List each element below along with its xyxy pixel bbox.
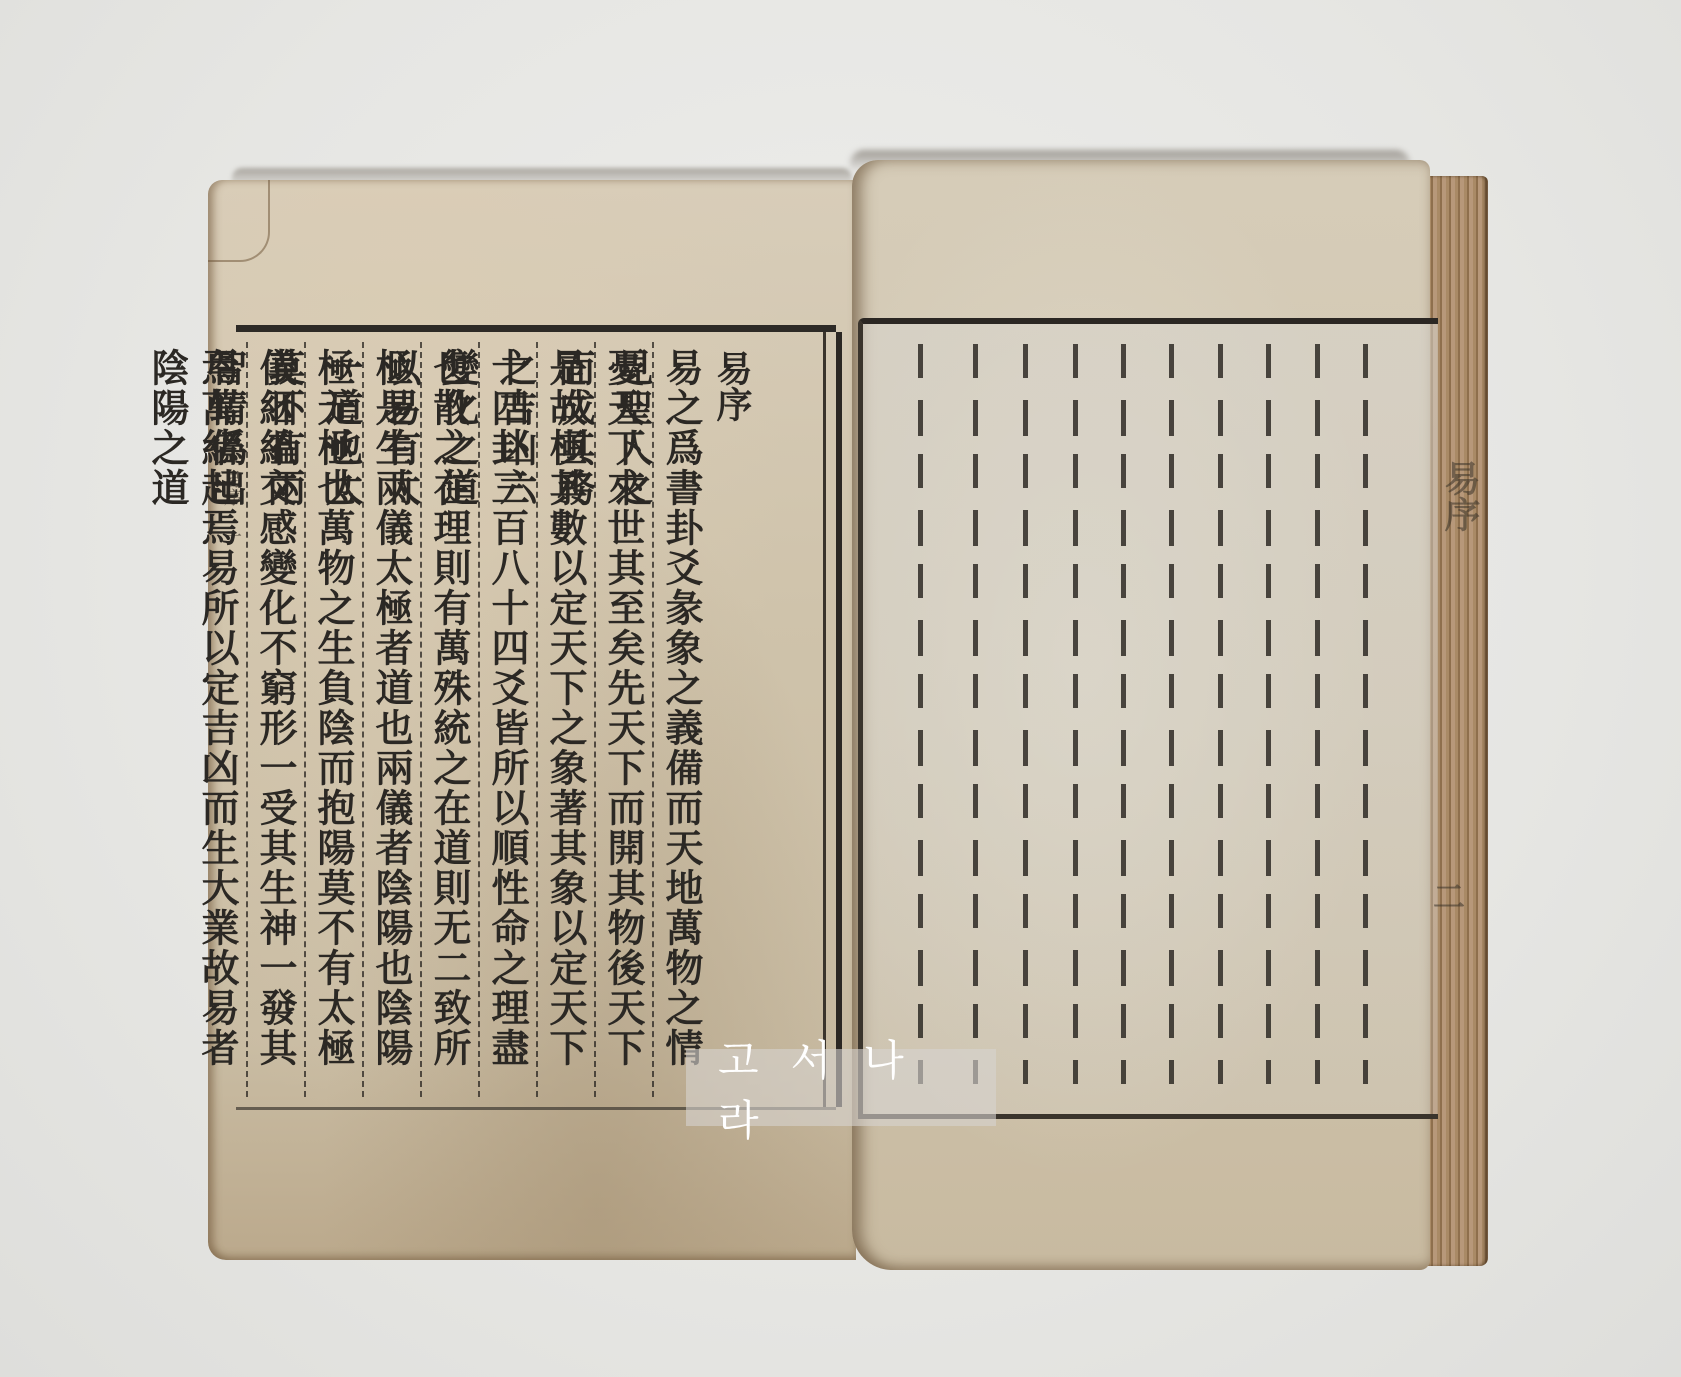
watermark-text: 고서나라 — [686, 1028, 996, 1148]
text-column-8: 儀絪縕交感變化不窮形一受其生神一發其智情僞出 — [246, 342, 300, 1097]
edge-page-number: 二 — [1410, 880, 1470, 980]
text-column-9: 焉萬緒起焉易所以定吉凶而生大業故易者陰陽之道 — [190, 342, 242, 1097]
column-rule — [1363, 344, 1368, 1084]
column-rule — [1121, 344, 1126, 1084]
column-rule — [1073, 344, 1078, 1084]
column-rule — [973, 344, 978, 1084]
book-photo: 易序 一 易序 易之爲書卦爻彖象之義備而天地萬物之情見聖人之 憂天下來世其至矣先… — [0, 0, 1681, 1377]
edge-show-through-title: 易序 — [1418, 460, 1478, 710]
column-rule — [1023, 344, 1028, 1084]
column-rule — [1169, 344, 1174, 1084]
text-column-2: 憂天下來世其至矣先天下而開其物後天下而成其務 — [594, 342, 648, 1097]
left-text-frame: 易序 易之爲書卦爻彖象之義備而天地萬物之情見聖人之 憂天下來世其至矣先天下而開其… — [236, 325, 836, 1110]
text-column-3: 是故極其數以定天下之象著其象以定天下之吉凶六 — [536, 342, 590, 1097]
column-rule — [1315, 344, 1320, 1084]
right-text-frame — [858, 318, 1438, 1119]
column-rule — [1266, 344, 1271, 1084]
frame-right-rule — [823, 332, 842, 1107]
text-column-6: 極是生兩儀太極者道也兩儀者陰陽也陰陽一道也太 — [362, 342, 416, 1097]
preface-title: 易序 — [710, 350, 754, 422]
column-rule — [918, 344, 923, 1084]
text-column-5: 也散之在理則有萬殊統之在道則无二致所以易有太 — [420, 342, 474, 1097]
column-rule — [1218, 344, 1223, 1084]
text-column-7: 極无極也萬物之生負陰而抱陽莫不有太極莫不有兩 — [304, 342, 358, 1097]
watermark-banner: 고서나라 — [686, 1049, 996, 1126]
text-column-1: 易之爲書卦爻彖象之義備而天地萬物之情見聖人之 — [652, 342, 706, 1097]
text-column-4: 十四卦三百八十四爻皆所以順性命之理盡變化之道 — [478, 342, 532, 1097]
